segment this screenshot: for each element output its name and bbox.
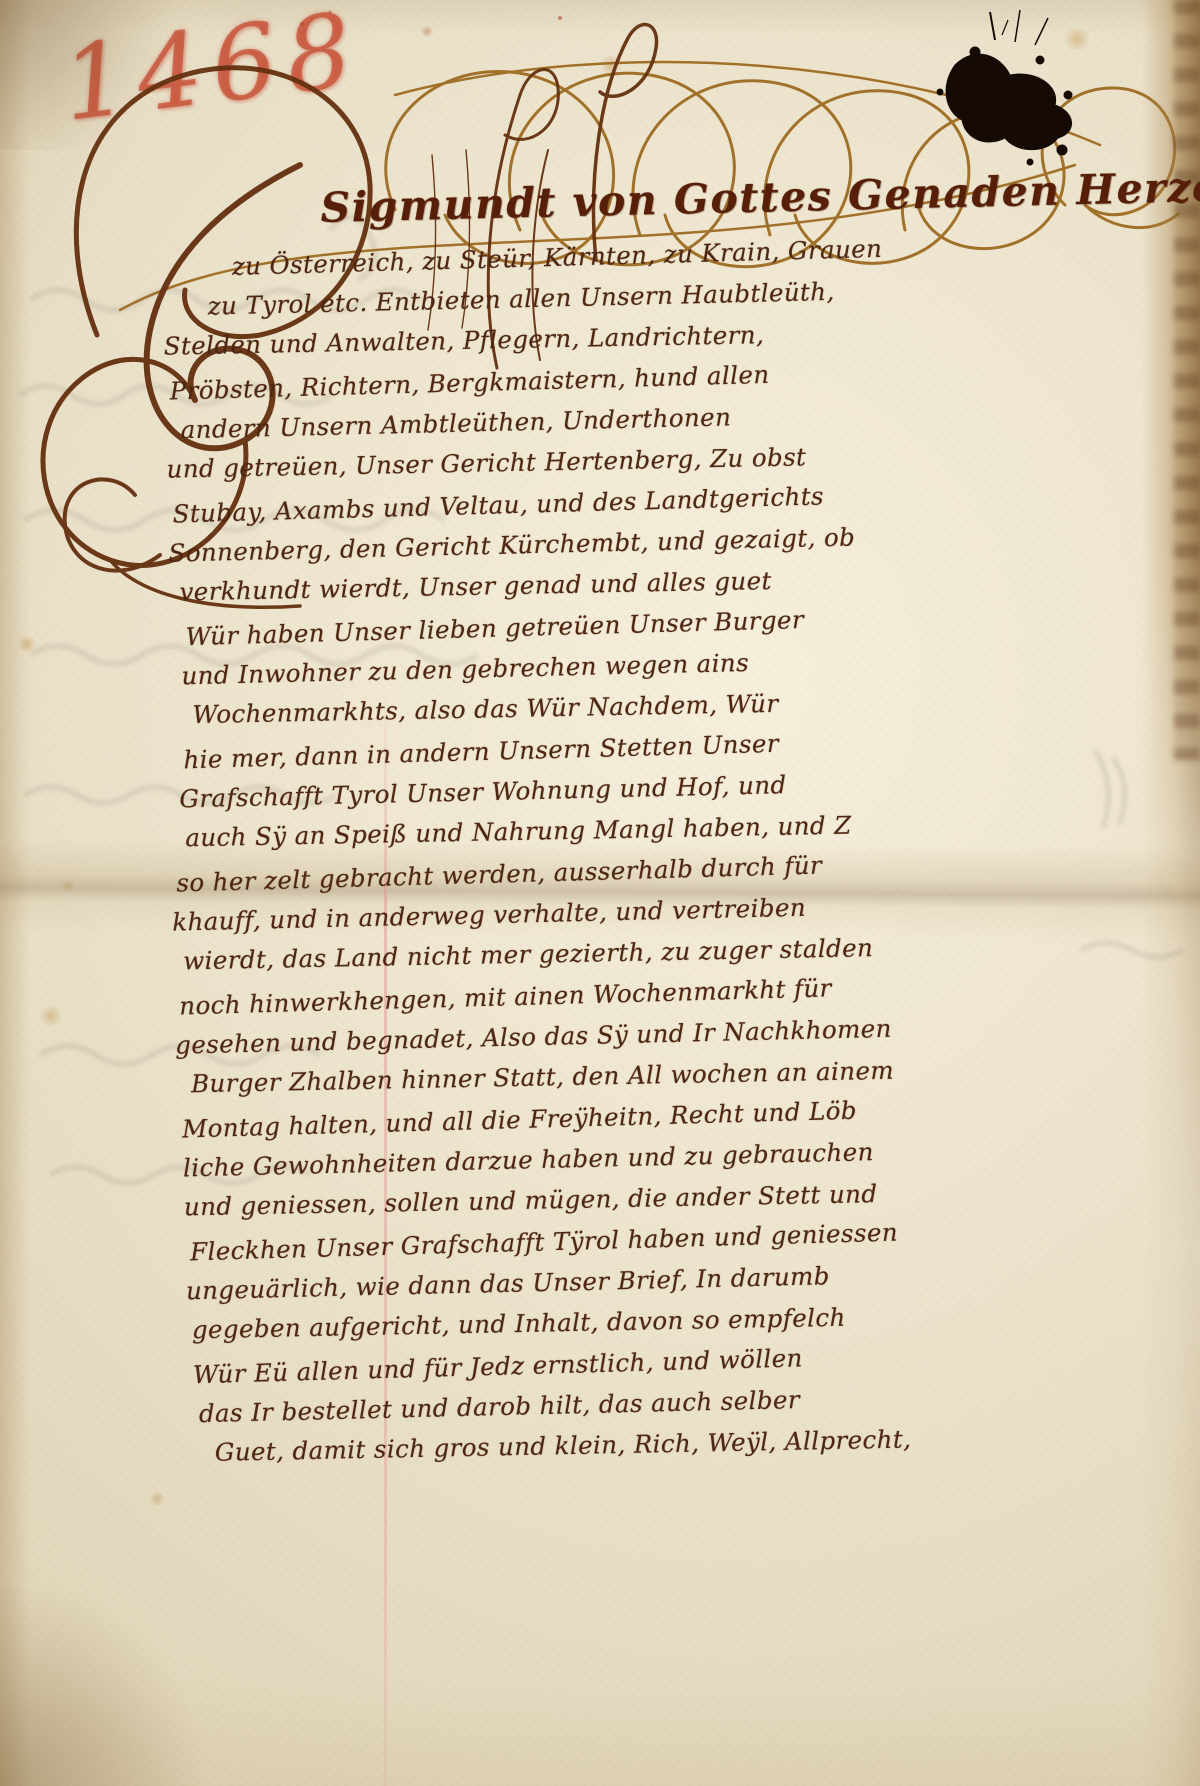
fox-spot <box>598 56 624 74</box>
fox-spot <box>60 880 76 892</box>
manuscript-body: zu Österreich, zu Steür, Kärnten, zu Kra… <box>149 224 1118 1476</box>
manuscript-text-block: Sigmundt von Gottes Genaden Herzog zu Ös… <box>148 166 1118 1476</box>
fox-spot <box>38 1006 64 1026</box>
fox-spot <box>148 1492 166 1506</box>
page-corner-shadow-topleft <box>0 0 180 150</box>
page-edge-left <box>0 0 30 1786</box>
fox-spot <box>1062 28 1092 50</box>
page-edge-rough <box>1174 0 1200 760</box>
fox-spot <box>420 26 434 37</box>
page-corner-shadow-bottomleft <box>0 1586 220 1786</box>
